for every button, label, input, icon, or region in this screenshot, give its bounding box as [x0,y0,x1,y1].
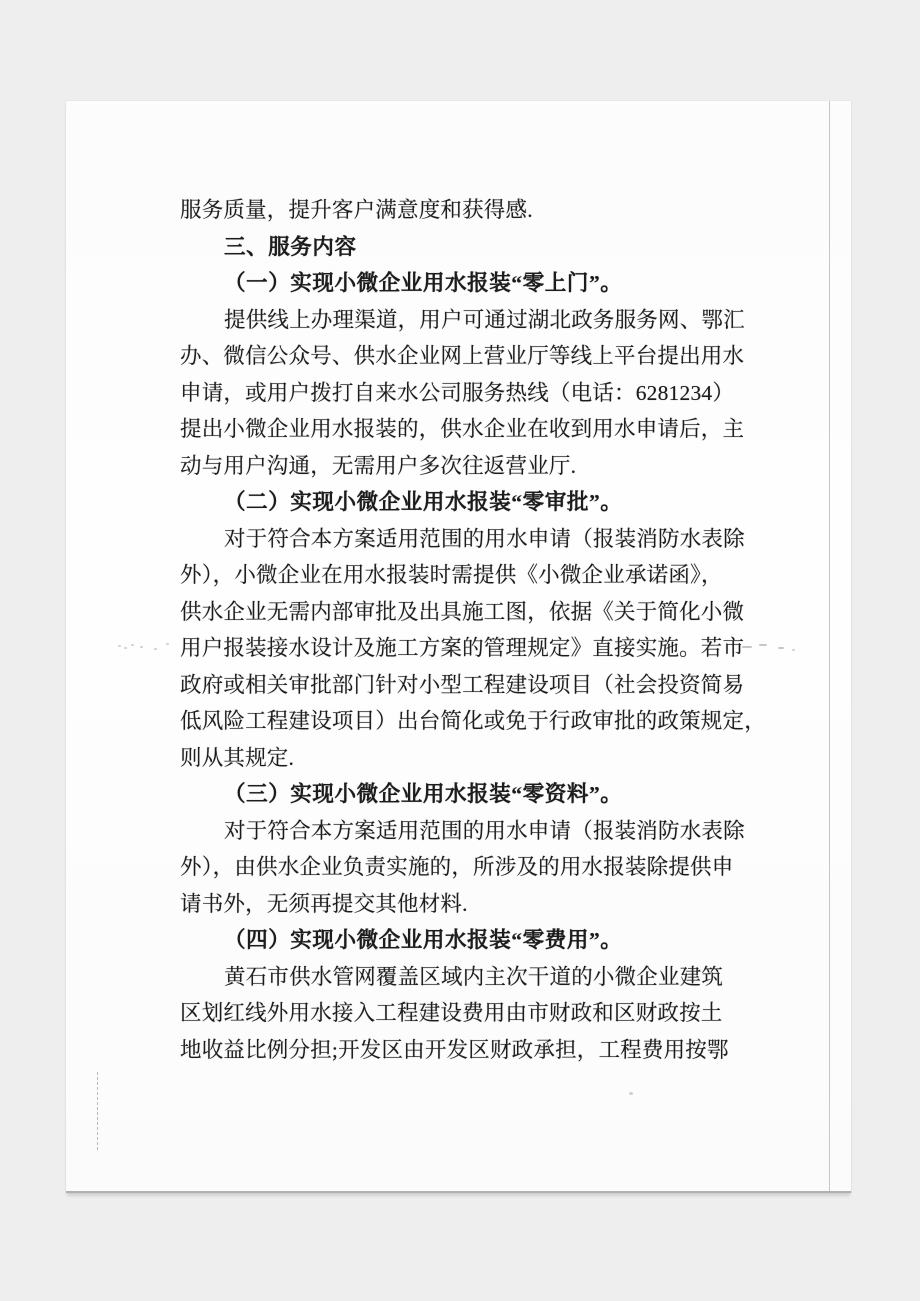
heading-line: 三、服务内容 [180,229,800,266]
text-line: 动与用户沟通，无需用户多次往返营业厅. [180,448,800,485]
scan-viewport: 服务质量，提升客户满意度和获得感.三、服务内容（一）实现小微企业用水报装“零上门… [0,0,920,1301]
heading-line: （一）实现小微企业用水报装“零上门”。 [180,265,800,302]
text-line: 政府或相关审批部门针对小型工程建设项目（社会投资简易 [180,667,800,704]
text-line: 低风险工程建设项目）出台简化或免于行政审批的政策规定， [180,703,800,740]
text-line: 对于符合本方案适用范围的用水申请（报装消防水表除 [180,813,800,850]
paper-edge-crease [829,101,830,1191]
text-line: 则从其规定. [180,740,800,777]
text-line: 提出小微企业用水报装的，供水企业在收到用水申请后，主 [180,411,800,448]
text-line: 请书外，无须再提交其他材料. [180,886,800,923]
scan-artifact-fold-line [97,1072,98,1150]
heading-line: （四）实现小微企业用水报装“零费用”。 [180,922,800,959]
text-line: 对于符合本方案适用范围的用水申请（报装消防水表除 [180,521,800,558]
text-line: 外），小微企业在用水报装时需提供《小微企业承诺函》， [180,557,800,594]
text-line: 外），由供水企业负责实施的，所涉及的用水报装除提供申 [180,849,800,886]
text-line: 地收益比例分担;开发区由开发区财政承担，工程费用按鄂 [180,1032,800,1069]
scan-artifact-speck [629,1092,633,1095]
text-line: 服务质量，提升客户满意度和获得感. [180,192,800,229]
text-line: 提供线上办理渠道，用户可通过湖北政务服务网、鄂汇 [180,302,800,339]
text-block: 服务质量，提升客户满意度和获得感.三、服务内容（一）实现小微企业用水报装“零上门… [180,192,800,1068]
text-line: 办、微信公众号、供水企业网上营业厅等线上平台提出用水 [180,338,800,375]
text-line: 供水企业无需内部审批及出具施工图，依据《关于简化小微 [180,594,800,631]
heading-line: （二）实现小微企业用水报装“零审批”。 [180,484,800,521]
text-line: 黄石市供水管网覆盖区域内主次干道的小微企业建筑 [180,959,800,996]
text-line: 区划红线外用水接入工程建设费用由市财政和区财政按土 [180,995,800,1032]
document-page: 服务质量，提升客户满意度和获得感.三、服务内容（一）实现小微企业用水报装“零上门… [66,101,851,1193]
heading-line: （三）实现小微企业用水报装“零资料”。 [180,776,800,813]
text-line: 申请，或用户拨打自来水公司服务热线（电话：6281234） [180,375,800,412]
text-line: 用户报装接水设计及施工方案的管理规定》直接实施。若市 [180,630,800,667]
